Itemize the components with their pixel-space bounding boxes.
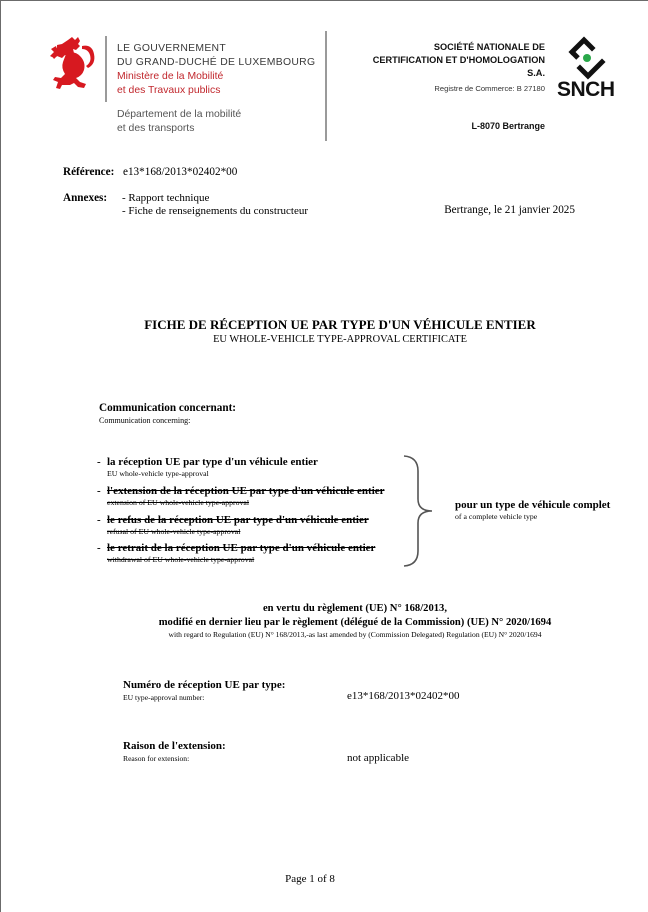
approval-number-label: Numéro de réception UE par type: [123, 679, 285, 691]
right-brace-icon [400, 455, 435, 567]
header-divider-right [325, 31, 327, 141]
page-number: Page 1 of 8 [0, 873, 620, 885]
document-title: FICHE DE RÉCEPTION UE PAR TYPE D'UN VÉHI… [0, 317, 648, 333]
option-bullet: - [97, 542, 101, 554]
option-bullet: - [97, 456, 101, 468]
option-refusal-en: refusal of EU whole-vehicle type-approva… [107, 527, 240, 536]
snch-name-line-3: S.A. [527, 67, 545, 80]
ministry-line-2: et des Travaux publics [117, 85, 220, 96]
government-line-2: DU GRAND-DUCHÉ DE LUXEMBOURG [117, 57, 315, 68]
approval-number-sublabel: EU type-approval number: [123, 693, 204, 702]
option-approval-en: EU whole-vehicle type-approval [107, 469, 209, 478]
approval-number-value: e13*168/2013*02402*00 [347, 690, 459, 702]
regulation-line-1: en vertu du règlement (UE) N° 168/2013, [0, 603, 648, 614]
option-approval-fr: la réception UE par type d'un véhicule e… [107, 456, 318, 468]
luxembourg-lion-logo [48, 36, 102, 92]
option-refusal-fr: le refus de la réception UE par type d'u… [107, 514, 369, 526]
ministry-line-1: Ministère de la Mobilité [117, 71, 223, 82]
option-bullet: - [97, 485, 101, 497]
department-line-1: Département de la mobilité [117, 109, 241, 120]
vehicle-scope-fr: pour un type de véhicule complet [455, 499, 610, 511]
snch-name-line-2: CERTIFICATION ET D'HOMOLOGATION [373, 54, 545, 67]
snch-city: L-8070 Bertrange [471, 121, 545, 131]
communication-label: Communication concernant: [99, 402, 236, 414]
option-bullet: - [97, 514, 101, 526]
option-withdrawal-fr: le retrait de la réception UE par type d… [107, 542, 375, 554]
extension-reason-sublabel: Reason for extension: [123, 754, 189, 763]
vehicle-scope-en: of a complete vehicle type [455, 512, 537, 521]
snch-registry: Registre de Commerce: B 27180 [434, 84, 545, 93]
option-extension-en: extension of EU whole-vehicle type-appro… [107, 498, 249, 507]
option-withdrawal-en: withdrawal of EU whole-vehicle type-appr… [107, 555, 254, 564]
communication-sublabel: Communication concerning: [99, 416, 190, 425]
extension-reason-label: Raison de l'extension: [123, 740, 226, 752]
annex-item: - Rapport technique [122, 192, 209, 204]
annex-item: - Fiche de renseignements du constructeu… [122, 205, 308, 217]
government-line-1: LE GOUVERNEMENT [117, 43, 226, 54]
extension-reason-value: not applicable [347, 752, 409, 764]
regulation-line-en: with regard to Regulation (EU) N° 168/20… [0, 630, 648, 639]
reference-label: Référence: [63, 166, 114, 178]
regulation-line-2: modifié en dernier lieu par le règlement… [0, 617, 648, 628]
department-line-2: et des transports [117, 123, 194, 134]
header-divider-left [105, 36, 107, 102]
reference-value: e13*168/2013*02402*00 [123, 166, 237, 178]
place-date: Bertrange, le 21 janvier 2025 [444, 204, 575, 216]
snch-name-line-1: SOCIÉTÉ NATIONALE DE [434, 41, 545, 54]
document-subtitle: EU WHOLE-VEHICLE TYPE-APPROVAL CERTIFICA… [0, 334, 648, 345]
snch-logo-text: SNCH [557, 78, 615, 102]
annexes-label: Annexes: [63, 192, 107, 204]
option-extension-fr: l'extension de la réception UE par type … [107, 485, 385, 497]
